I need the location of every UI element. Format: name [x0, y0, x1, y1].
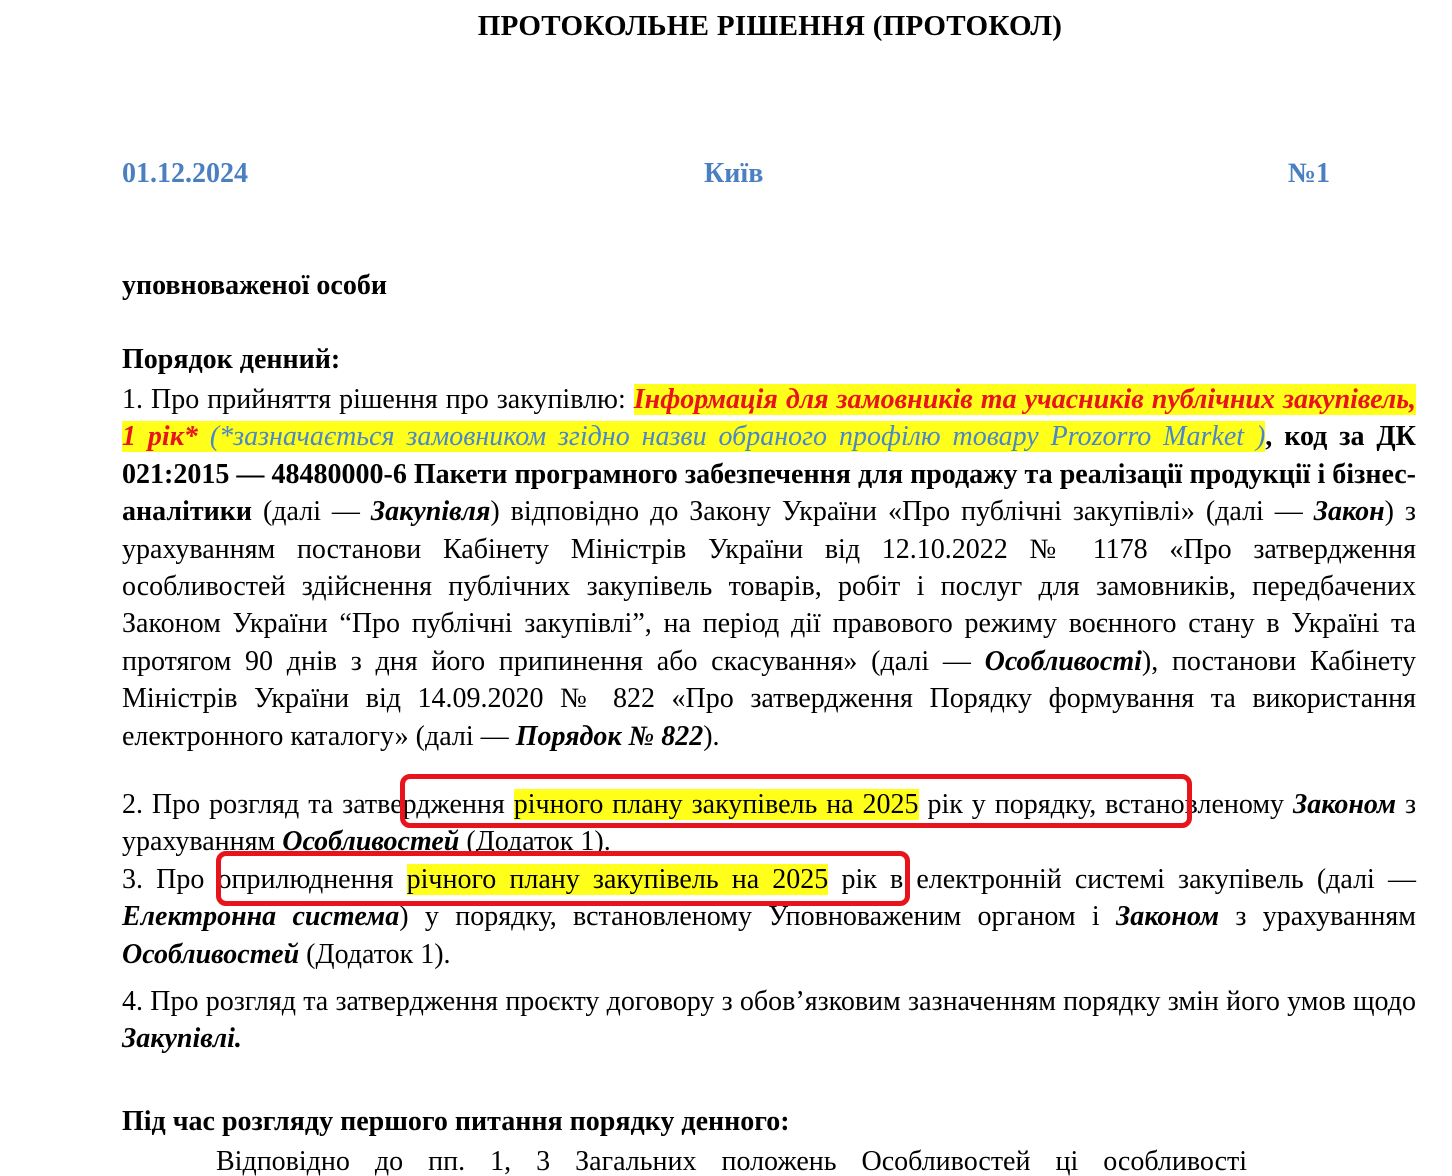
- item3-text-1: рік в електронній системі закупівель (да…: [828, 864, 1416, 895]
- authority-heading: уповноваженої особи: [122, 270, 387, 302]
- item1-term-zakon: Закон: [1314, 496, 1385, 527]
- document-date: 01.12.2024: [122, 158, 248, 190]
- agenda-item-2: 2. Про розгляд та затвердження річного п…: [122, 786, 1416, 861]
- item1-note: (*зазначається замовником згідно назви о…: [198, 421, 1265, 452]
- document-city: Київ: [704, 158, 763, 190]
- item1-text-5: ).: [703, 721, 719, 752]
- item3-text-3: з урахуванням: [1219, 901, 1416, 932]
- section-1-text: Відповідно до пп. 1, 3 Загальних положен…: [122, 1143, 1416, 1176]
- item2-term-osoblyvostei: Особливостей: [282, 826, 459, 857]
- item3-term-system: Електронна система: [122, 901, 399, 932]
- item3-text-2: ) у порядку, встановленому Уповноваженим…: [399, 901, 1116, 932]
- item1-term-osoblyvosti: Особливості: [985, 646, 1142, 677]
- document-title: ПРОТОКОЛЬНЕ РІШЕННЯ (ПРОТОКОЛ): [0, 10, 1452, 43]
- item3-lead: 3. Про оприлюднення: [122, 864, 407, 895]
- agenda-item-1: 1. Про прийняття рішення про закупівлю: …: [122, 381, 1416, 755]
- item4-text: 4. Про розгляд та затвердження проєкту д…: [122, 986, 1416, 1017]
- item4-term-zakupivli: Закупівлі.: [122, 1023, 242, 1054]
- item3-highlight: річного плану закупівель на 2025: [407, 864, 829, 895]
- item2-text-1: рік у порядку, встановленому: [919, 789, 1293, 820]
- item3-term-osoblyvostei: Особливостей: [122, 939, 299, 970]
- item1-text-1: (далі —: [252, 496, 371, 527]
- item1-lead: 1. Про прийняття рішення про закупівлю:: [122, 384, 634, 415]
- item2-lead: 2. Про розгляд та затвердження: [122, 789, 514, 820]
- item2-term-zakonom: Законом: [1293, 789, 1396, 820]
- item1-text-2: ) відповідно до Закону України «Про публ…: [490, 496, 1313, 527]
- agenda-item-3: 3. Про оприлюднення річного плану закупі…: [122, 861, 1416, 973]
- item2-text-3: (Додаток 1).: [459, 826, 610, 857]
- item2-highlight: річного плану закупівель на 2025: [514, 789, 919, 820]
- agenda-heading: Порядок денний:: [122, 344, 340, 376]
- item3-text-4: (Додаток 1).: [299, 939, 450, 970]
- section-1-heading: Під час розгляду першого питання порядку…: [122, 1106, 790, 1138]
- agenda-item-4: 4. Про розгляд та затвердження проєкту д…: [122, 983, 1416, 1058]
- document-number: №1: [1288, 158, 1330, 190]
- item1-term-poriadok: Порядок № 822: [516, 721, 704, 752]
- item3-term-zakonom: Законом: [1116, 901, 1219, 932]
- document-page: ПРОТОКОЛЬНЕ РІШЕННЯ (ПРОТОКОЛ) 01.12.202…: [0, 0, 1452, 1176]
- item1-term-zakupivlia: Закупівля: [371, 496, 491, 527]
